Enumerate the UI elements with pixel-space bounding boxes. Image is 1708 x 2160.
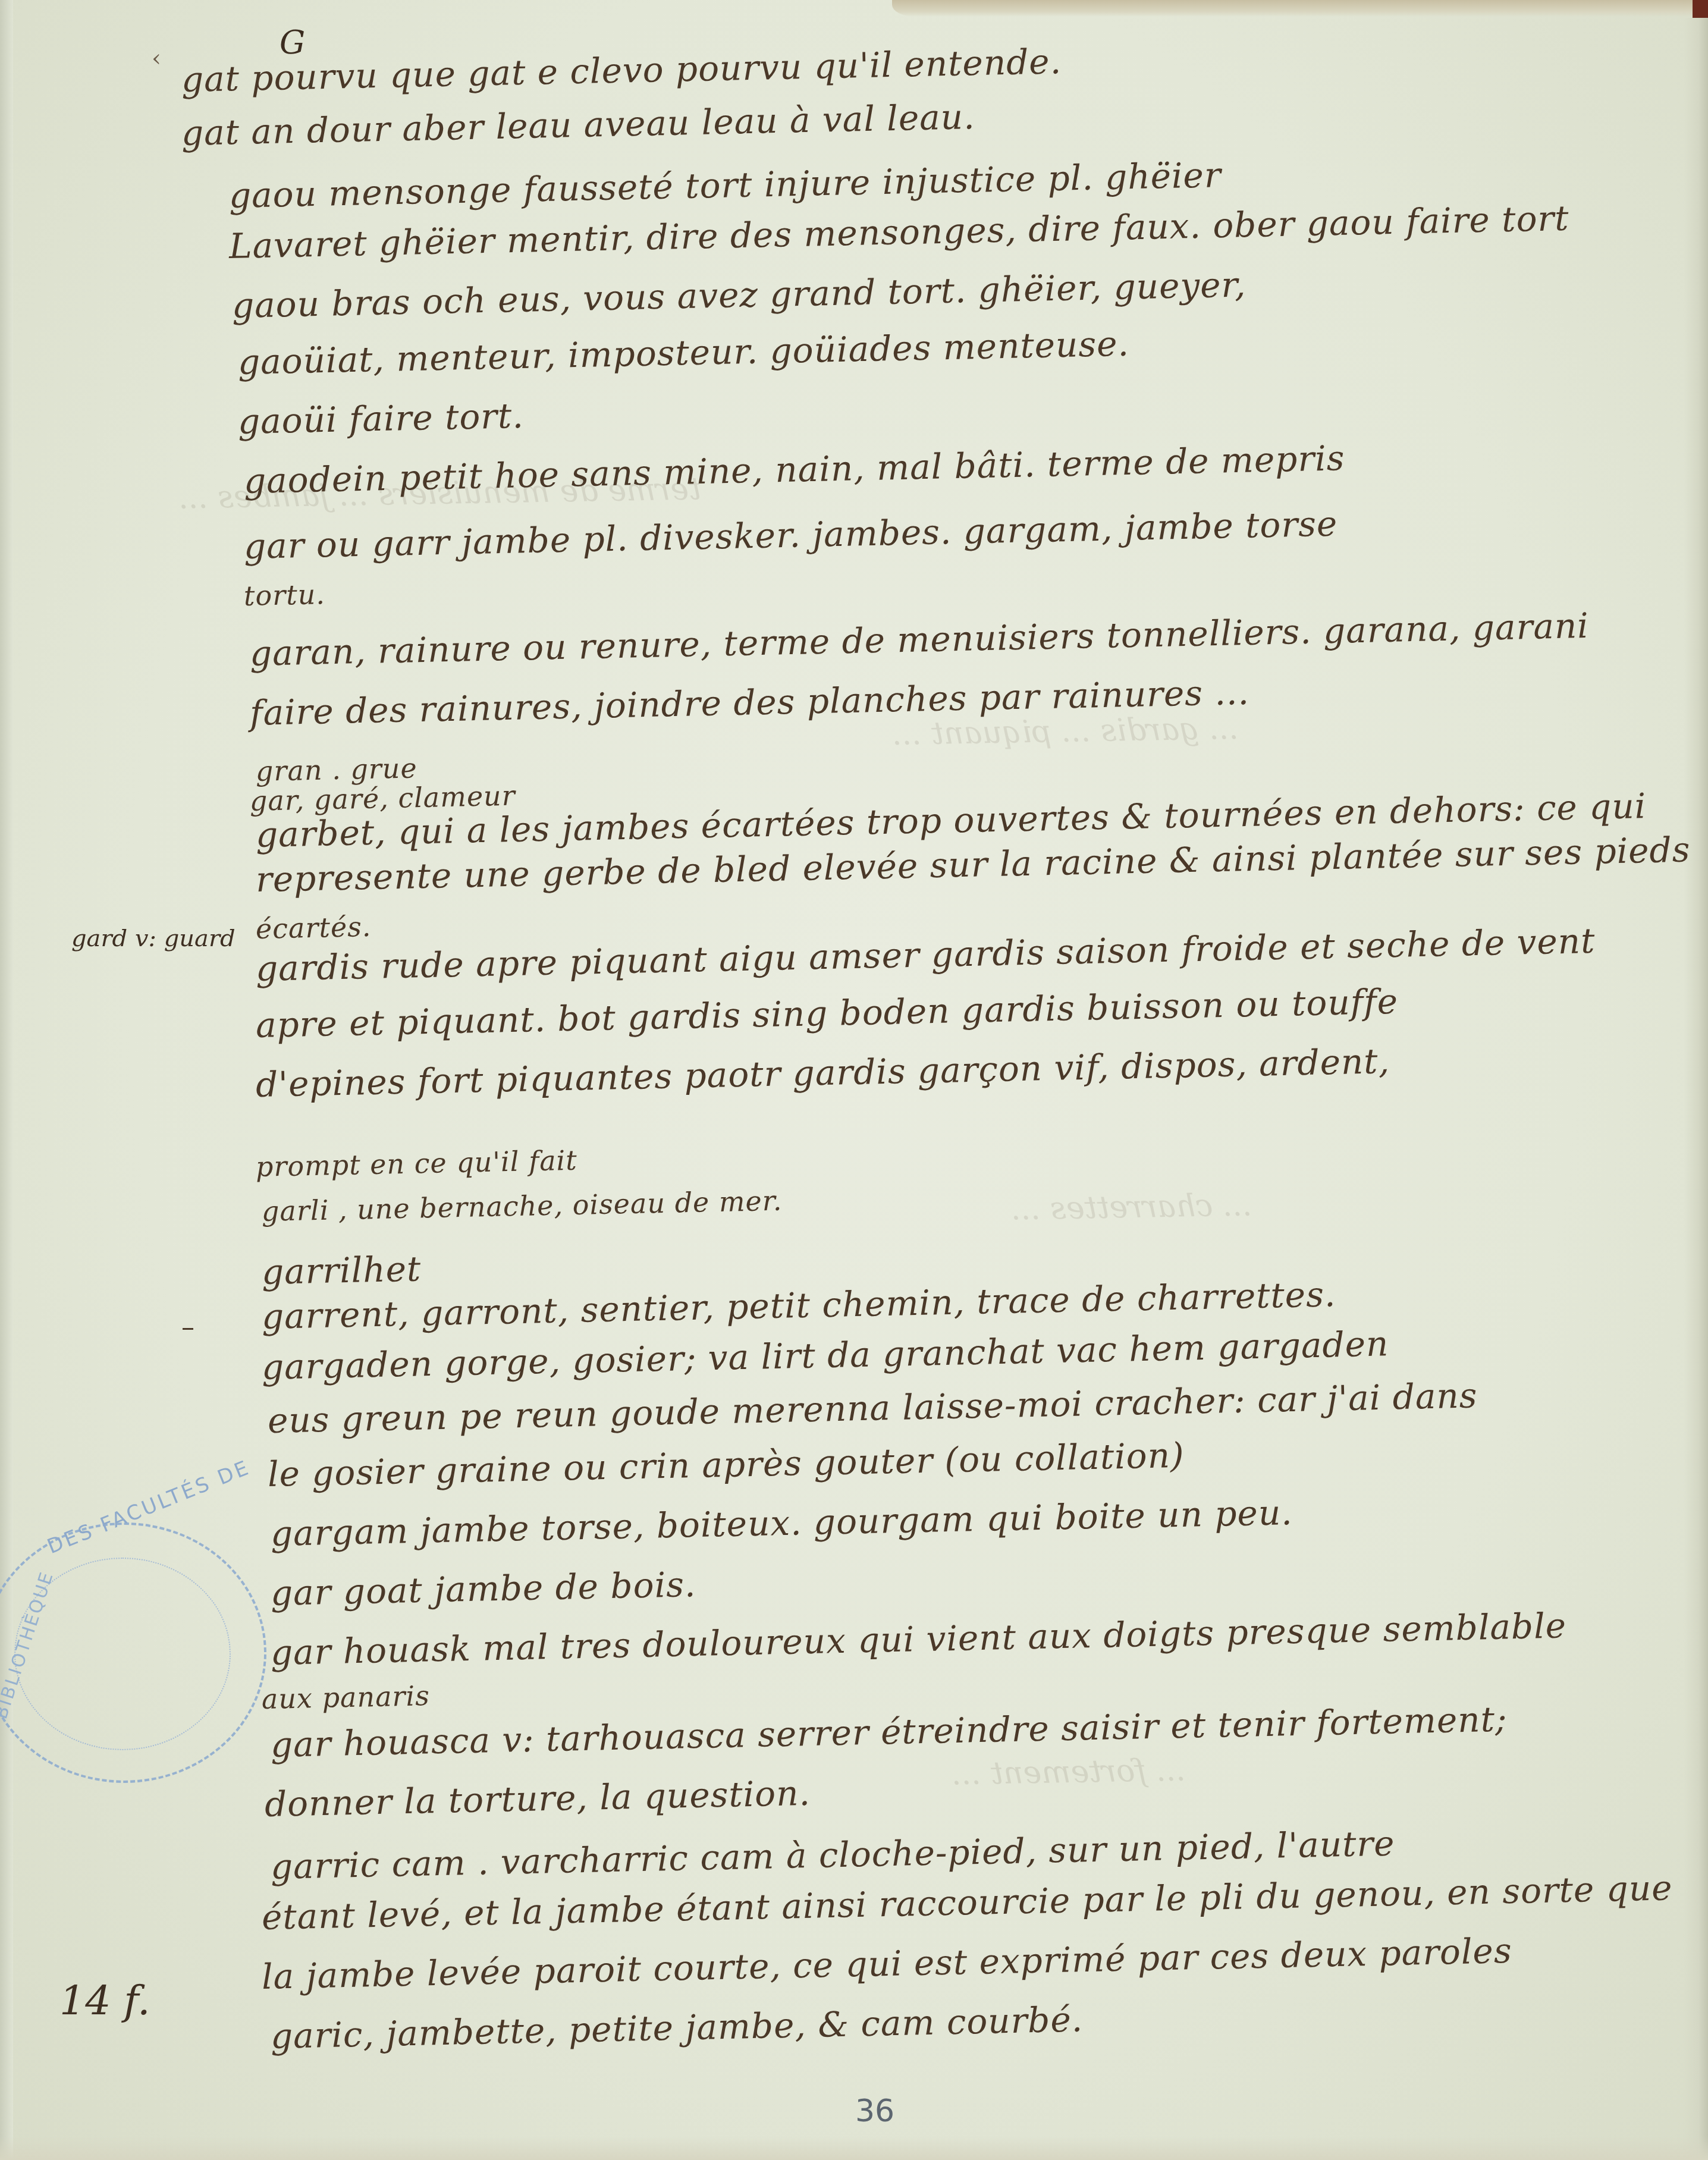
manuscript-page: terme de menuisiers ... jambes ... ... g… <box>0 0 1708 2160</box>
text-line: garan, rainure ou renure, terme de menui… <box>249 605 1589 674</box>
text-line: gardis rude apre piquant aigu amser gard… <box>255 921 1596 989</box>
text-line: gaoüiat, menteur, imposteur. goüiades me… <box>237 324 1129 382</box>
text-line: gat an dour aber leau aveau leau à val l… <box>181 96 975 153</box>
text-line: gaou mensonge fausseté tort injure injus… <box>228 155 1222 216</box>
text-line: tortu. <box>243 578 325 612</box>
text-line: gar houask mal tres douloureux qui vient… <box>270 1605 1566 1673</box>
text-line: gargam jambe torse, boiteux. gourgam qui… <box>270 1492 1293 1554</box>
text-line: gar goat jambe de bois. <box>270 1564 696 1613</box>
text-line: gaodein petit hoe sans mine, nain, mal b… <box>243 438 1345 501</box>
text-line: garrilhet <box>261 1248 422 1292</box>
text-line: la jambe levée paroit courte, ce qui est… <box>261 1930 1512 1997</box>
text-line: garli , une bernache, oiseau de mer. <box>261 1185 782 1227</box>
text-line: donner la torture, la question. <box>264 1773 811 1825</box>
text-line: gar houasca v: tarhouasca serrer étreind… <box>270 1699 1508 1765</box>
text-line: le gosier graine ou crin après gouter (o… <box>267 1435 1185 1495</box>
text-line: gaoüi faire tort. <box>237 395 524 442</box>
text-line: écartés. <box>255 911 371 945</box>
text-line: faire des rainures, joindre des planches… <box>249 672 1249 733</box>
text-line: eus greun pe reun goude merenna laisse-m… <box>267 1375 1478 1441</box>
text-line: d'epines fort piquantes paotr gardis gar… <box>255 1041 1390 1105</box>
text-line: gaou bras och eus, vous avez grand tort.… <box>231 264 1247 326</box>
text-line: gar ou garr jambe pl. divesker. jambes. … <box>243 503 1338 567</box>
text-line: prompt en ce qu'il fait <box>255 1144 577 1183</box>
text-line: gat pourvu que gat e clevo pourvu qu'il … <box>181 41 1062 100</box>
text-line: garic, jambette, petite jambe, & cam cou… <box>270 1999 1083 2057</box>
page-number: 36 <box>855 2093 894 2129</box>
text-line: apre et piquant. bot gardis sing boden g… <box>255 981 1398 1046</box>
manuscript-lines: gat pourvu que gat e clevo pourvu qu'il … <box>0 0 1708 2160</box>
text-line: aux panaris <box>261 1679 430 1715</box>
